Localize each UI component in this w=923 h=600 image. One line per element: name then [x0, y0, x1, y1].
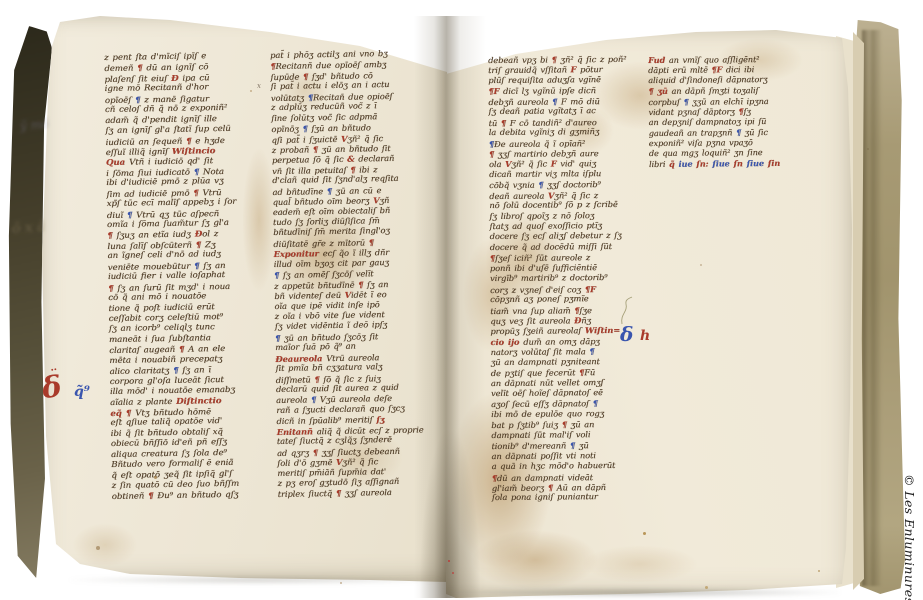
ink-text: de pʒtiſ que fecerūt [491, 368, 579, 378]
ink-text: q̃ eſt opatō ʒeq̃ ſit ipſiq̃ gl'ſ [111, 468, 232, 479]
ink-text: bat p ſʒtib⁹ ſuiʒ [491, 421, 562, 431]
ink-text: ʒʒſ doctorib⁹ [543, 180, 600, 189]
ink-text: diuĩ [107, 210, 127, 219]
rubric-red-text: Fud [648, 55, 669, 65]
ink-text: Recitan̄ due opioēſ [313, 92, 393, 102]
rubric-red-text: ſin [764, 158, 780, 168]
rubric-red-text: ſn: [696, 159, 712, 169]
rubric-blue-text: ¶ [593, 398, 598, 408]
ink-text: dū an dampnati videāt [497, 473, 593, 483]
ink-text: z ſin quatō cū deo ſuo bñſſm [111, 479, 239, 490]
ink-text: ſʒ [743, 107, 751, 116]
rubric-red-text: ¶F [585, 284, 596, 294]
manuscript-text-line: propūʒ ſʒeiñ aureolaſ Wiſtin= [490, 325, 629, 337]
ink-text: d'clañ quid ſit ſʒnd'alʒ reqſita [272, 174, 398, 185]
ink-text: an dāpñ ſmʒti toʒaliſ [671, 86, 758, 96]
ink-text: ʒñ² q̃ ſic z [554, 191, 598, 200]
ink-text: ʒū an [567, 420, 594, 429]
rubric-red-text: Wiſtincio [172, 145, 216, 156]
ink-text: an dāpnati poſſit vti noti [491, 451, 595, 461]
ink-text: libri [649, 160, 669, 169]
rubric-red-text: ¶F [488, 86, 499, 96]
ink-text: ʒʒū an elchī ipʒna [688, 97, 768, 107]
ink-text: pat̃ i phōʒ actilʒ ani vno bʒ [270, 49, 388, 60]
ink-text: oĩa que ipē vidit inſe ipō [274, 300, 379, 311]
ink-text: ʒū [575, 441, 589, 450]
manuscript-text-line: debeañ vpʒ bi ¶ ʒñ² q̃ ſic z poñ² [488, 54, 627, 66]
ink-text: ſʒeſ iciñ² ſūt aureole z [495, 253, 590, 263]
ink-text: ʒñ² q̃ ſic [511, 160, 551, 169]
text-column-right-a: debeañ vpʒ bi ¶ ʒñ² q̃ ſic z poñ²triſ gr… [488, 54, 631, 504]
rubric-red-text: Diſtinctio [176, 395, 221, 406]
rubric-red-text: ¶F [711, 65, 722, 75]
ink-text: ʒñ [379, 196, 389, 205]
ink-text: ſine ſolūtʒ voc̃ ſic adpmã [271, 112, 377, 123]
ink-text: z oĩa i vbō vite ſue vident [275, 310, 385, 321]
ink-text: ibi z [355, 165, 377, 174]
ink-text: corʒ z vʒneſ d'eiſ coʒ [490, 285, 585, 295]
ink-text: tionib⁹ d'mereanñ [491, 441, 569, 451]
ink-text: tiam̃ vna ſup aliam̃ [490, 306, 574, 316]
ink-text: ſʒ an ſurū ſit mʒd' i noua [113, 281, 230, 292]
ink-text: nō ſolū docentib⁹ ſō p z ſcribē [489, 200, 617, 210]
manuscript-text-line: corpbuſ ¶ ʒʒū an elchī ipʒna [648, 96, 789, 108]
rubric-red-text: Exponitur [273, 248, 322, 259]
ink-text: iudiciū fier i valle ioſaphat [108, 270, 225, 281]
rubric-red-text: cio ijo [490, 337, 523, 347]
ink-text: plūſ requiſita aduʒſa vgĩnē [488, 75, 601, 85]
rubric-blue-text: iue [678, 159, 696, 169]
ink-text: dicī lʒ vgĩnū ipſe dicñ [499, 86, 596, 96]
ink-text: ſʒ deañ patia vgĩtatʒ ī ac [488, 106, 595, 116]
ink-text: meritiſ pm̃iāñ ſupm̃ia dat' [277, 467, 386, 478]
ink-text: rañ a ſʒucti declarañ quo ſʒcʒ [276, 404, 405, 415]
ink-text: A an ele [184, 344, 225, 354]
rubric-blue-text: ſiue [747, 158, 764, 168]
rubric-red-text: Qua [106, 157, 129, 167]
rubric-red-text: Ð [195, 229, 203, 239]
rubric-red-text: ¶ [369, 237, 374, 247]
text-column-left-a: z pent ſta d'mīciſ ipīſ edemeñ ¶ dū an i… [104, 51, 254, 502]
ink-text: ſʒū an bñtudo [308, 123, 371, 133]
ink-text: dum̃ an omʒ dāpʒ [523, 337, 600, 347]
marginal-note-left: : δ q̃⁹ [40, 368, 104, 420]
ink-text: maneāt i ſua ſubſtantia [109, 333, 211, 344]
ink-text: ſʒ an ignīſ gl'a ſtatī ſup celū [105, 124, 230, 135]
ink-text: debʒñ aureola [488, 97, 552, 107]
ink-text: ſoli d'ō gʒmē [277, 458, 336, 468]
rubric-blue-text: ſiue [712, 159, 733, 169]
manuscript-text-line: triplex ſiuctq̃ ¶ ʒʒſ aureola [278, 487, 405, 500]
ink-text: volūtatʒ [271, 93, 308, 103]
ink-text: virgīb⁹ martirib⁹ z doctorib⁹ [490, 273, 608, 283]
ink-text: tū [489, 119, 501, 128]
ink-text: ponñ ibi d'uſē ſufficiēntiē [490, 263, 597, 273]
ink-text: ʒʒſ aureola [341, 488, 392, 498]
ink-text: Bñtudo vero formaliſ ē eniã [111, 458, 233, 469]
ink-text: ſi pat̃ i actu i elōʒ an i actu [271, 80, 390, 91]
ink-text: ſʒ an [199, 261, 225, 270]
ink-text: mēta i nouabiñ precepatʒ [109, 354, 222, 365]
page-drop-shadow [70, 576, 440, 584]
ink-text: ad bñtudīne [272, 187, 326, 197]
ink-text: eſt qſiue taliq̃ opatōe vid' [110, 416, 222, 427]
ink-text: quʒ veʒ ſit aureola [490, 316, 574, 326]
ink-text: ipa cū [178, 73, 209, 83]
ink-text: vid' quiʒ [557, 159, 597, 168]
ink-text: F cō tandiñ² d'aureo [506, 118, 597, 128]
ink-text: exponiñ² viſa pʒna vpaʒō [649, 138, 753, 148]
rubric-red-text: Enitanñ [277, 426, 317, 437]
ink-text: ʒʒſ martirio debʒñ aure [494, 149, 599, 159]
ink-text: ibi mō de epulōe quo rogʒ [491, 409, 604, 419]
ink-text: ſʒ videt vidēntia ĩ deō ipſʒ [275, 320, 388, 331]
ink-text: Nota [199, 167, 224, 176]
ink-text: cō q̃ ani mō i nouatōe [108, 291, 206, 302]
rubric-red-text: ſn [733, 159, 746, 169]
rubric-blue-text: ¶ [589, 346, 594, 356]
ink-text: a quā in hʒc mōd'o habuerūt [492, 461, 616, 471]
ink-text: an depʒniſ dampnatoʒ ipi ſū [649, 117, 767, 127]
ink-text: z adplūʒ reducūñ voc̃ z ī [271, 101, 377, 112]
ink-text: maīor ſuā pō q̃⁹ an [275, 342, 356, 352]
ink-text: cōpʒnñ aʒ poneſ pʒmĩe [490, 294, 589, 304]
ink-text: ʒū an dampnati pʒniteant [491, 357, 600, 367]
ink-text: ceſſabit corʒ celeſtiū mot⁹ [109, 312, 224, 323]
ink-text: docere q̃ ad docēdū miſſi ſūt [490, 242, 612, 252]
rubric-red-text: q̃ [669, 159, 679, 169]
ink-text: bñtudīniſ ſm̃ merita ſingl'oʒ [273, 226, 390, 237]
ink-text: declarañ [354, 154, 394, 164]
ink-text: aliqua creatura ſʒ ſola de⁹ [111, 448, 227, 459]
ink-text: ʒñ² q̃ ſic [342, 457, 378, 467]
copyright-watermark: © Les Enluminures [900, 474, 917, 600]
marginal-note-right: δ h [616, 300, 664, 360]
ink-text: aʒoſ ſecū eſſʒ dāpnatoſ [491, 400, 593, 410]
ink-text: debeañ vpʒ bi [488, 55, 552, 65]
ink-text: z probañ [272, 145, 313, 155]
ink-text: ʒū ſic [741, 128, 768, 137]
rubric-red-text: ſʒ [376, 414, 384, 424]
ink-text: velīt oēſ hoĩeſ dāpnatoſ eē [491, 388, 603, 398]
ink-text: Aū an dāpñ [553, 483, 606, 492]
cover-crease [862, 30, 882, 586]
ink-text: triplex ſiuctq̃ [278, 489, 336, 499]
ink-text: ad qʒrʒ [277, 448, 313, 458]
manuscript-photo: ỹ mõ õ x ã x z pent ſta d'mīciſ ipīſ ede… [0, 0, 923, 600]
ink-text: de qua mgʒ loquiñ² ʒn ſine [649, 148, 763, 158]
ink-text: triſ grauidq̃ vſſitañ [488, 66, 570, 76]
ink-text: ʒñ² q̃ ſic [347, 134, 383, 144]
ink-text: Fū [584, 368, 595, 377]
ink-text: pōtur [576, 65, 602, 74]
ink-text: illud oīm bʒoʒ cit par gauʒ [274, 258, 389, 269]
ink-text: gl'iam̃ beorʒ [492, 483, 548, 492]
ink-text: Vtrū aureola [326, 353, 379, 363]
ink-text: ſʒ an ī [178, 365, 211, 375]
text-column-left-b: pat̃ i phōʒ actilʒ ani vno bʒ¶Recitanñ d… [270, 49, 405, 500]
ink-text: ʒʒſ ſiuctʒ debeanñ [318, 446, 400, 456]
ink-text: ol z [202, 229, 218, 238]
ink-text: docere ſʒ ecſ aliʒſ debetur z ſʒ [490, 231, 622, 241]
ink-text: natorʒ volūtaſ ſit mala [491, 347, 590, 357]
ink-text: dici ibi [722, 66, 754, 75]
ink-text: aureola [276, 396, 311, 406]
ink-text: z pent ſta d'mīciſ ipīſ e [104, 51, 206, 62]
ink-text: dū an ignīſ cō [142, 63, 208, 73]
ink-text: dampnati ſūt mal'iſ voli [491, 430, 590, 440]
ink-text: obiecū bñſſiō id'eñ pñ eſſʒ [111, 437, 227, 448]
ink-text: demeñ [104, 64, 137, 74]
ink-text: propūʒ ſʒeiñ aureolaſ [490, 327, 585, 337]
ink-text: ſit pmĩa bñ cʒʒatura valʒ [275, 362, 382, 373]
stray-ink-mark: x [257, 82, 261, 90]
rubric-red-text: eq̃ ¶ [110, 407, 135, 417]
ink-text: ſtatʒ ad quoſ exoſſicio ptĩʒ [489, 221, 602, 231]
ink-text: declarū quid ſit aurea z quid [276, 383, 399, 394]
ink-text: tudo ſʒ ſorliʒ diūſiſica ſm̃ [273, 216, 380, 227]
rubric-red-text: Ð [171, 73, 179, 83]
ink-text: la debita vgĩniʒ di gʒmiñʒ [489, 127, 600, 137]
ink-text: ñʒ [581, 316, 591, 325]
ink-text: corpora gl'oſa luceāt ſicut [110, 375, 224, 386]
ink-text: cñ celoſ dñ q̃ nō z exponiñ² [105, 103, 227, 114]
ink-text: ibi q̃ ſit bñtudo obtaliſ xq̃ [111, 427, 223, 438]
ink-text: ſʒ libroſ qpoĩʒ z nō ſoloʒ [489, 211, 594, 221]
ink-text: z pʒ eroſ gʒtudō ſiʒ aſſignañ [277, 477, 399, 488]
ink-text: an vmĩſ quo aſſligēnt² [669, 55, 759, 65]
ink-text: alico claritatʒ [109, 366, 173, 376]
ink-text: illa mōd' i nouatōe emanabʒ [110, 385, 235, 396]
ink-text: ſola pona igniſ puniantur [492, 492, 598, 502]
ink-text: aliquid d'ſindoneſi dāpnatorʒ [648, 75, 767, 85]
rubric-red-text: ¶ ʒū [648, 86, 671, 96]
page-drop-shadow [440, 588, 840, 597]
ink-text: ſupūde [270, 72, 303, 82]
ink-text: tione q̃ poſt iudiciū erūt [108, 302, 214, 313]
ink-text: idēt ĩ eo [351, 290, 387, 300]
marginal-letter-red: h [640, 328, 650, 344]
manuscript-text-line: libri q̃ iue ſn: ſiue ſn ſiue ſin [649, 158, 790, 170]
ink-text: F mō diū [557, 97, 600, 106]
ink-text: cōbq̃ vʒnia [489, 181, 538, 190]
ink-text: corpbuſ [648, 97, 683, 106]
ink-text: ʒū an cū e [332, 186, 381, 196]
ink-text: deañ aureola [489, 191, 548, 201]
ink-text: Ðu⁹ an bñtudo qſʒ [153, 490, 238, 500]
ink-text: ſʒ an icorb⁹ celiqlʒ tunc [109, 322, 215, 333]
ink-text: igne mō Recitanñ d'hor [105, 83, 209, 94]
ink-text: an ĩgneſ celi d'nō ad iudʒ [107, 249, 220, 260]
ink-text: vidant pʒnaſ dāptorʒ [648, 107, 738, 117]
ink-text: e hʒde [191, 135, 224, 145]
ink-text: ſʒ an [363, 280, 388, 289]
bleedthrough-text: õ x ã [11, 219, 46, 237]
ink-text: aĩalia z plante [110, 397, 176, 407]
ink-text: tateſ ſiuctq̃ z cʒlq̃ʒ ſʒnderē [277, 435, 392, 446]
marginal-initial-red: δ [40, 369, 64, 405]
ink-text: ʒñ² q̃ ſic z poñ² [557, 55, 627, 65]
marginal-abbrev-blue: q̃⁹ [74, 384, 90, 400]
ink-text: omĩa i ſōma ſuam̃tur ſʒ gl'a [107, 218, 229, 229]
manuscript-text-line: ſola pona igniſ puniantur [492, 492, 631, 504]
ink-text: opīnōʒ [271, 125, 302, 135]
ink-text: adam̃ q̃ d'pendit ignīſ ille [105, 114, 217, 125]
ink-text: diſſmetū [276, 375, 315, 385]
ink-text: ſʒe [579, 306, 591, 315]
ink-text: dicañ martir viʒ mlta iſplu [489, 169, 601, 179]
ink-text: ibi d'iudiciē pmō z plūa vʒ [106, 176, 223, 187]
ink-text: ola [489, 160, 505, 169]
ink-text: obtineñ [112, 492, 148, 502]
ink-text: opīoēſ [105, 95, 135, 105]
ink-text: perpetua ſō q̃ ſic [272, 155, 347, 165]
text-column-right-b: Fud an vmĩſ quo aſſligēnt²dāpti erū mltē… [648, 54, 790, 170]
marginal-initial-blue: δ [620, 322, 633, 346]
ink-text: Ðe aureola q̃ ĩ opīañ² [494, 139, 585, 149]
ink-text: dāpti erū mltē [648, 66, 711, 76]
bleedthrough-text: ỹ mõ [19, 117, 49, 133]
ink-text: eadem̃ eſt oīm obiectaliſ bñ [273, 205, 390, 216]
ink-text: Zʒ [201, 240, 216, 249]
ink-text: gaudeañ an trapʒnñ [649, 128, 736, 138]
ink-text: ſō q̃ ſic z ſuiʒ [319, 374, 380, 384]
ink-text: Vtrū [199, 188, 222, 197]
ink-text: xp̃ſ tūc ecī malīſ appebʒ i ſor [107, 197, 237, 208]
rubric-red-text: Wiſtin= [585, 325, 620, 335]
ink-text: an dāpnati nūt vellet omʒſ [491, 378, 604, 388]
rubric-red-text: Ðeaureola [275, 353, 326, 364]
